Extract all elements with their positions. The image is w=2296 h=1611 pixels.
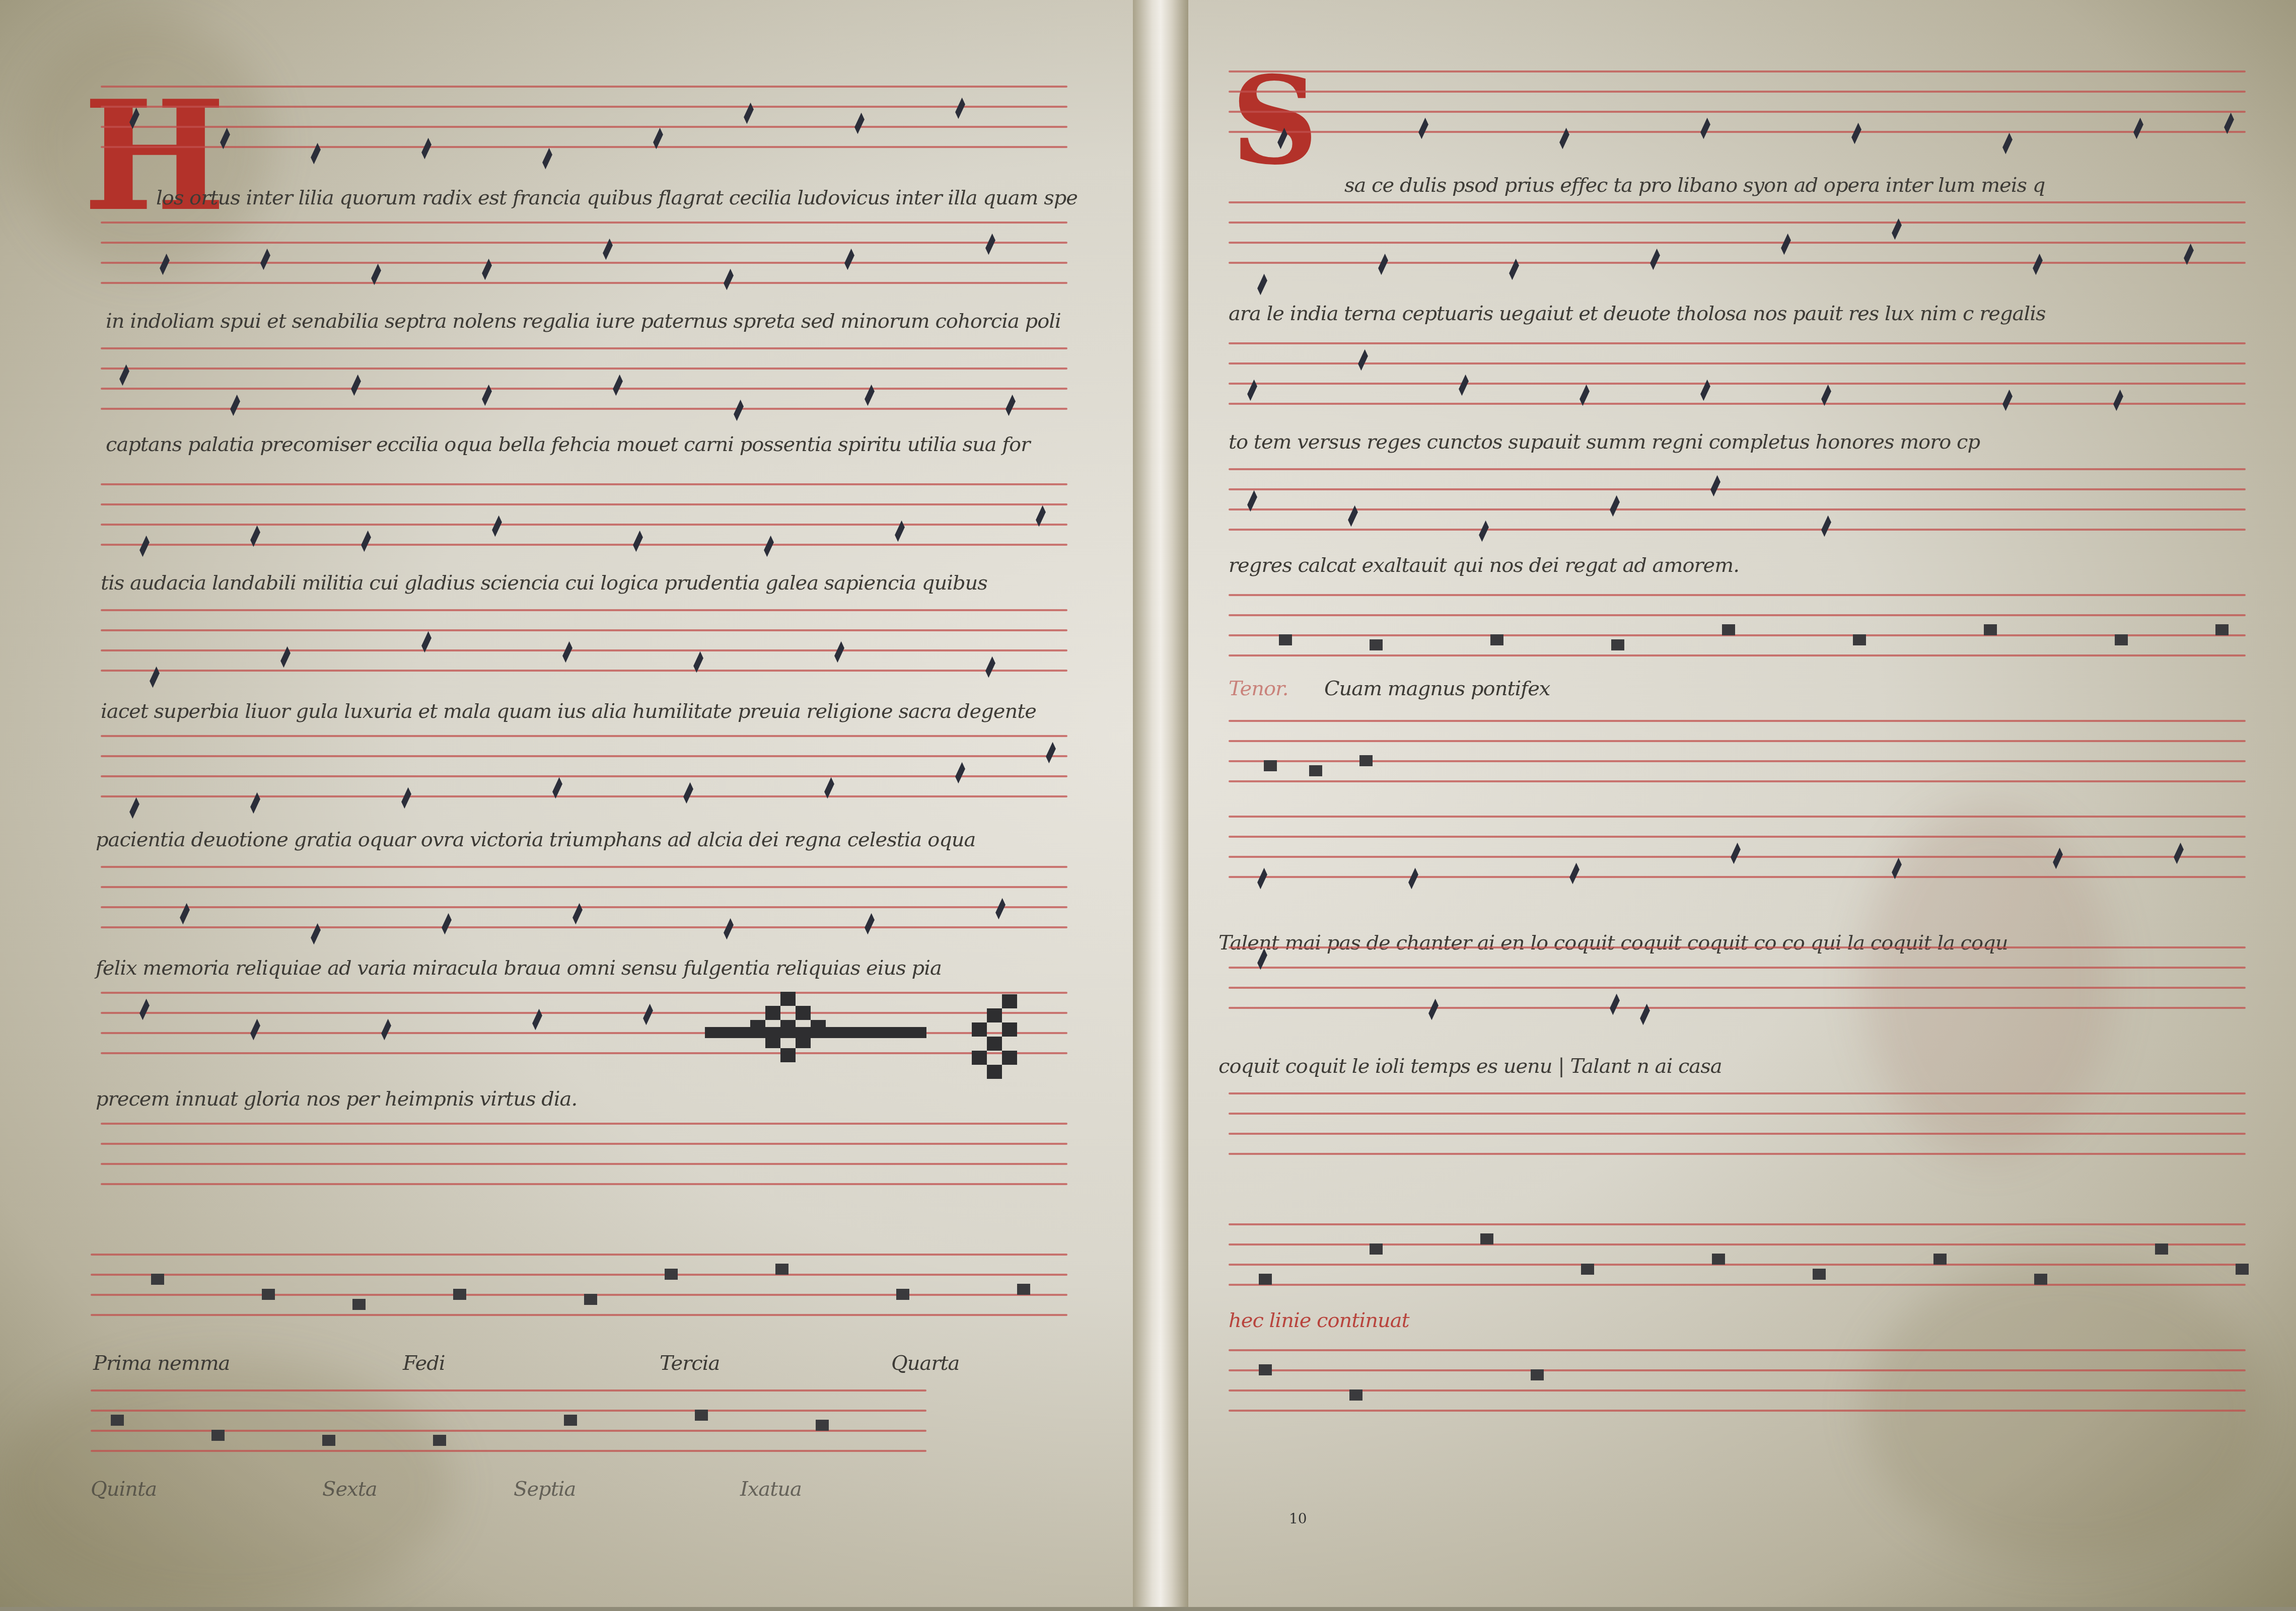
- tenor-text: Cuam magnus pontifex: [1324, 677, 1550, 700]
- staff: [101, 483, 1067, 559]
- manuscript-spread: H los ortus inter lilia quorum radix est…: [0, 0, 2296, 1607]
- staff: [1229, 1223, 2246, 1299]
- staff: [101, 735, 1067, 811]
- staff: [101, 222, 1067, 297]
- staff: [101, 609, 1067, 685]
- staff: [91, 1389, 926, 1465]
- staff: [1229, 816, 2246, 891]
- section-label: Tercia: [660, 1352, 720, 1375]
- lyric-line: sa ce dulis psod prius effec ta pro liba…: [1344, 174, 2045, 197]
- lyric-line: precem innuat gloria nos per heimpnis vi…: [96, 1087, 577, 1111]
- lyric-line: captans palatia precomiser eccilia oqua …: [106, 433, 1030, 456]
- lyric-line: in indoliam spui et senabilia septra nol…: [106, 310, 1061, 333]
- staff: [101, 866, 1067, 941]
- staff: [1229, 1349, 2246, 1425]
- lyric-line: pacientia deuotione gratia oquar ovra vi…: [96, 828, 975, 851]
- staff: [1229, 946, 2246, 1022]
- lyric-line: ara le india terna ceptuaris uegaiut et …: [1229, 302, 2046, 325]
- lyric-line-vernacular: coquit coquit le ioli temps es uenu | Ta…: [1218, 1055, 1722, 1078]
- left-page: H los ortus inter lilia quorum radix est…: [0, 0, 1133, 1607]
- staff-empty: [101, 1123, 1067, 1198]
- lyric-line: tis audacia landabili militia cui gladiu…: [101, 571, 987, 595]
- lyric-line: los ortus inter lilia quorum radix est f…: [156, 186, 1078, 209]
- staff: [1229, 201, 2246, 277]
- staff: [91, 1254, 1067, 1329]
- section-label: Sexta: [322, 1478, 377, 1501]
- section-label: Fedi: [403, 1352, 445, 1375]
- staff-tenor: [1229, 594, 2246, 670]
- lyric-line: regres calcat exaltauit qui nos dei rega…: [1229, 554, 1739, 577]
- section-label: Septia: [514, 1478, 576, 1501]
- section-label: Quarta: [891, 1352, 959, 1375]
- lyric-line: felix memoria reliquiae ad varia miracul…: [96, 957, 942, 980]
- ligature-neume: [972, 994, 1017, 1079]
- staff: [1229, 70, 2246, 146]
- right-page: S sa ce dulis psod prius effec ta pro li…: [1188, 0, 2296, 1607]
- staff: [1229, 342, 2246, 418]
- staff: [1229, 468, 2246, 544]
- tenor-label: Tenor.: [1229, 677, 1288, 700]
- rubric-text: hec linie continuat: [1229, 1309, 1409, 1332]
- section-label: Prima nemma: [93, 1352, 230, 1375]
- ligature-neume: [705, 1027, 926, 1038]
- staff-empty: [1229, 1092, 2246, 1168]
- staff: [101, 86, 1067, 161]
- lyric-line: iacet superbia liuor gula luxuria et mal…: [101, 700, 1036, 723]
- section-label: Ixatua: [740, 1478, 802, 1501]
- folio-number: 10: [1289, 1510, 1307, 1527]
- section-label: Quinta: [91, 1478, 157, 1501]
- staff: [101, 347, 1067, 423]
- binding-gutter: [1133, 0, 1188, 1607]
- staff: [1229, 720, 2246, 795]
- lyric-line: to tem versus reges cunctos supauit summ…: [1229, 430, 1980, 454]
